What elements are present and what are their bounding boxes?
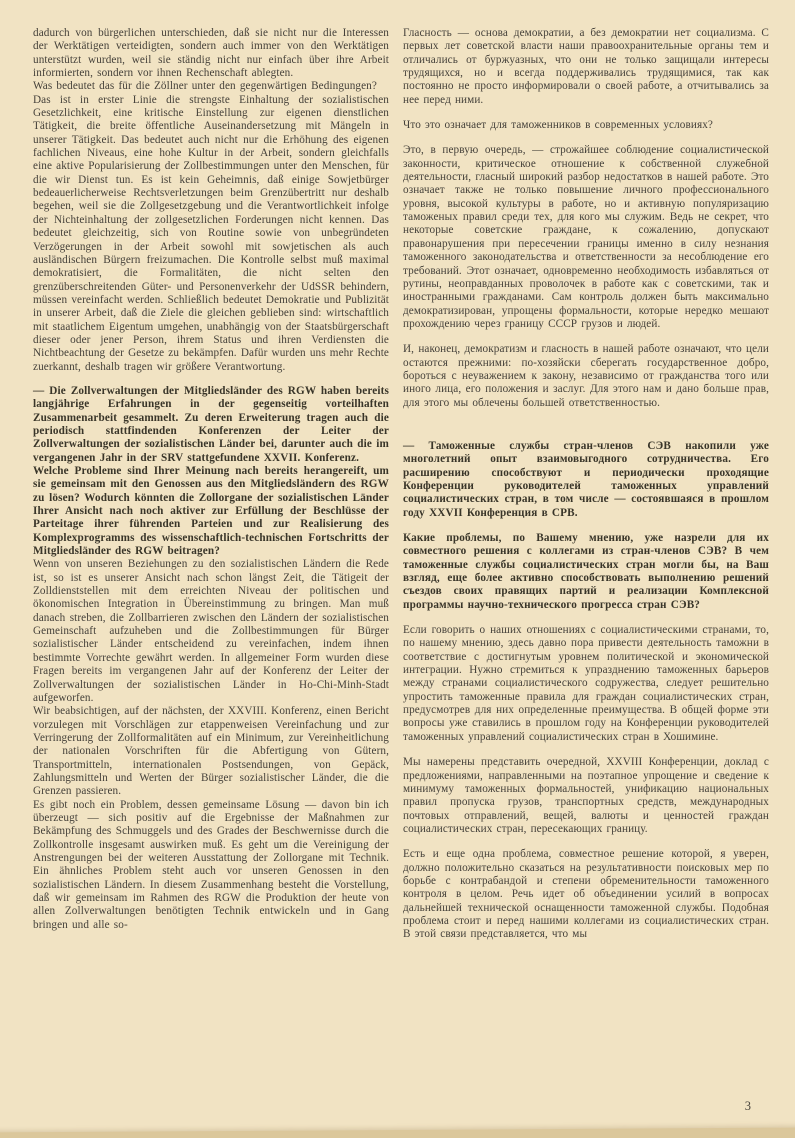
paragraph: Wenn von unseren Beziehungen zu den sozi… [33,558,389,705]
paragraph: И, наконец, демократизм и гласность в на… [403,343,769,410]
paragraph: Есть и еще одна проблема, совместное реш… [403,848,769,941]
paragraph: Гласность — основа демократии, а без дем… [403,27,769,107]
paragraph: Wir beabsichtigen, auf der nächsten, der… [33,705,389,798]
two-column-text-block: dadurch von bürgerlichen unterschieden, … [33,27,769,942]
paragraph: Мы намерены представить очередной, XXVII… [403,756,769,836]
paragraph: Das ist in erster Linie die strengste Ei… [33,94,389,374]
russian-text-column: Гласность — основа демократии, а без дем… [403,27,769,942]
paragraph: Was bedeutet das für die Zöllner unter d… [33,80,389,93]
document-page: dadurch von bürgerlichen unterschieden, … [0,0,795,1138]
german-text-column: dadurch von bürgerlichen unterschieden, … [33,27,389,942]
paragraph: Что это означает для таможенников в совр… [403,119,769,132]
interview-statement-bold: — Die Zollverwaltungen der Mitgliedsländ… [33,385,389,465]
paragraph: Если говорить о наших отношениях с социа… [403,624,769,744]
page-number: 3 [745,1099,751,1114]
paragraph: Это, в первую очередь, — строжайшее собл… [403,144,769,331]
paragraph: Es gibt noch ein Problem, dessen gemeins… [33,799,389,932]
interview-statement-bold: — Таможенные службы стран-членов СЭВ нак… [403,440,769,520]
paragraph: dadurch von bürgerlichen unterschieden, … [33,27,389,80]
interview-question-bold: Какие проблемы, по Вашему мнению, уже на… [403,532,769,612]
interview-question-bold: Welche Probleme sind Ihrer Meinung nach … [33,465,389,558]
